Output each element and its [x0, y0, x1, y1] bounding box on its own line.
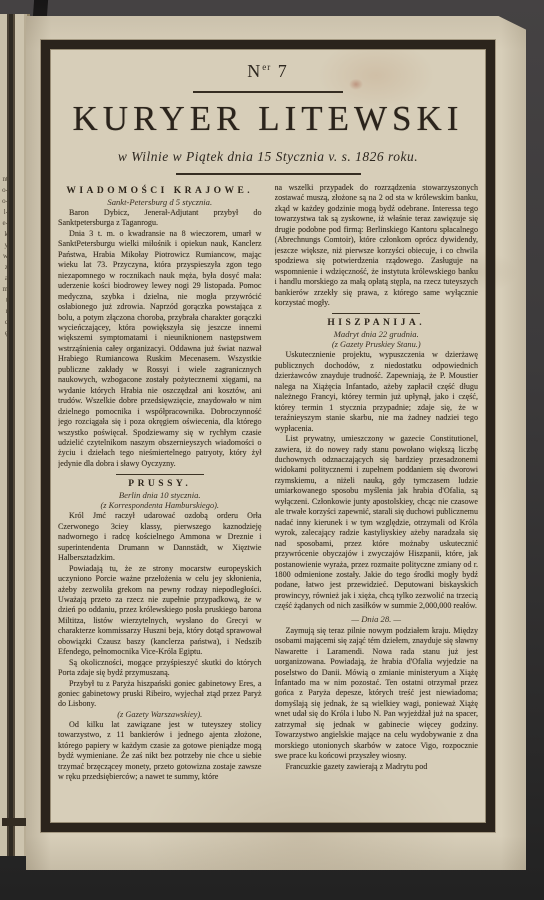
- article-columns: WIADOMOŚCI KRAJOWE.Sankt-Petersburg d 5 …: [58, 183, 478, 791]
- section-heading: HISZPANIJA.: [275, 318, 479, 328]
- section-divider-rule: [116, 474, 204, 475]
- article-paragraph: Uskutecznienie projektu, wypuszczenia w …: [275, 350, 479, 434]
- issue-number: Ner 7: [58, 61, 478, 82]
- masthead-rule-bottom: [176, 173, 361, 175]
- issue-number-value: 7: [278, 61, 289, 81]
- previous-page-sliver: nt o- o- l- e- k y w z a m t r c ę: [0, 14, 30, 856]
- masthead: Ner 7 KURYER LITEWSKI w Wilnie w Piątek …: [58, 61, 478, 175]
- article-paragraph: Od kilku lat zawiązane jest w tuteyszey …: [58, 720, 262, 783]
- source-attribution: (z Korrespondenta Hamburskiego).: [58, 501, 262, 510]
- section-dateline: Madryt dnia 22 grudnia.: [275, 329, 479, 339]
- article-paragraph: Dnia 3 t. m. o kwadransie na 8 wieczorem…: [58, 229, 262, 469]
- section-dateline: Berlin dnia 10 stycznia.: [58, 490, 262, 500]
- previous-page-border-corner: [2, 818, 28, 826]
- newspaper-title: KURYER LITEWSKI: [58, 99, 478, 139]
- article-paragraph: Powiadają tu, że ze strony mocarstw euro…: [58, 564, 262, 658]
- article-paragraph: Król Jmć raczył udarować ozdobą orderu O…: [58, 511, 262, 563]
- section-divider-rule: [332, 313, 420, 314]
- article-paragraph: na wszelki przypadek do rozrządzenia sto…: [275, 183, 479, 308]
- article-paragraph: Francuzkie gazety zawierają z Madrytu po…: [275, 762, 479, 772]
- article-paragraph: Są okoliczności, mogące przyśpieszyć sku…: [58, 658, 262, 679]
- right-column: na wszelki przypadek do rozrządzenia sto…: [275, 183, 479, 791]
- screenshot-root: { "masthead": { "number_prefix": "N", "n…: [0, 0, 544, 900]
- section-heading: WIADOMOŚCI KRAJOWE.: [58, 186, 262, 196]
- source-attribution: (z Gazety Pruskiey Stanu.): [275, 340, 479, 349]
- sub-dateline: — Dnia 28. —: [275, 614, 479, 624]
- gutter-text-fragments: nt o- o- l- e- k y w z a m t r c ę: [0, 174, 8, 339]
- issue-number-prefix: N: [247, 61, 262, 81]
- section-heading: PRUSSY.: [58, 479, 262, 489]
- article-paragraph: List prywatny, umieszczony w gazecie Con…: [275, 434, 479, 612]
- printed-frame-border: Ner 7 KURYER LITEWSKI w Wilnie w Piątek …: [41, 40, 495, 832]
- source-attribution: (z Gazety Warszawskiey).: [58, 710, 262, 719]
- section-dateline: Sankt-Petersburg d 5 stycznia.: [58, 197, 262, 207]
- article-paragraph: Baron Dybicz, Jenerał-Adjutant przybył d…: [58, 208, 262, 229]
- article-paragraph: Przybył tu z Paryża hiszpański goniec ga…: [58, 679, 262, 710]
- masthead-dateline: w Wilnie w Piątek dnia 15 Stycznia v. s.…: [58, 149, 478, 165]
- left-column: WIADOMOŚCI KRAJOWE.Sankt-Petersburg d 5 …: [58, 183, 262, 791]
- masthead-rule-top: [193, 91, 343, 93]
- newspaper-page: Ner 7 KURYER LITEWSKI w Wilnie w Piątek …: [26, 16, 526, 870]
- issue-number-superscript: er: [262, 62, 271, 72]
- article-paragraph: Zaymują się teraz pilnie nowym podziałem…: [275, 626, 479, 762]
